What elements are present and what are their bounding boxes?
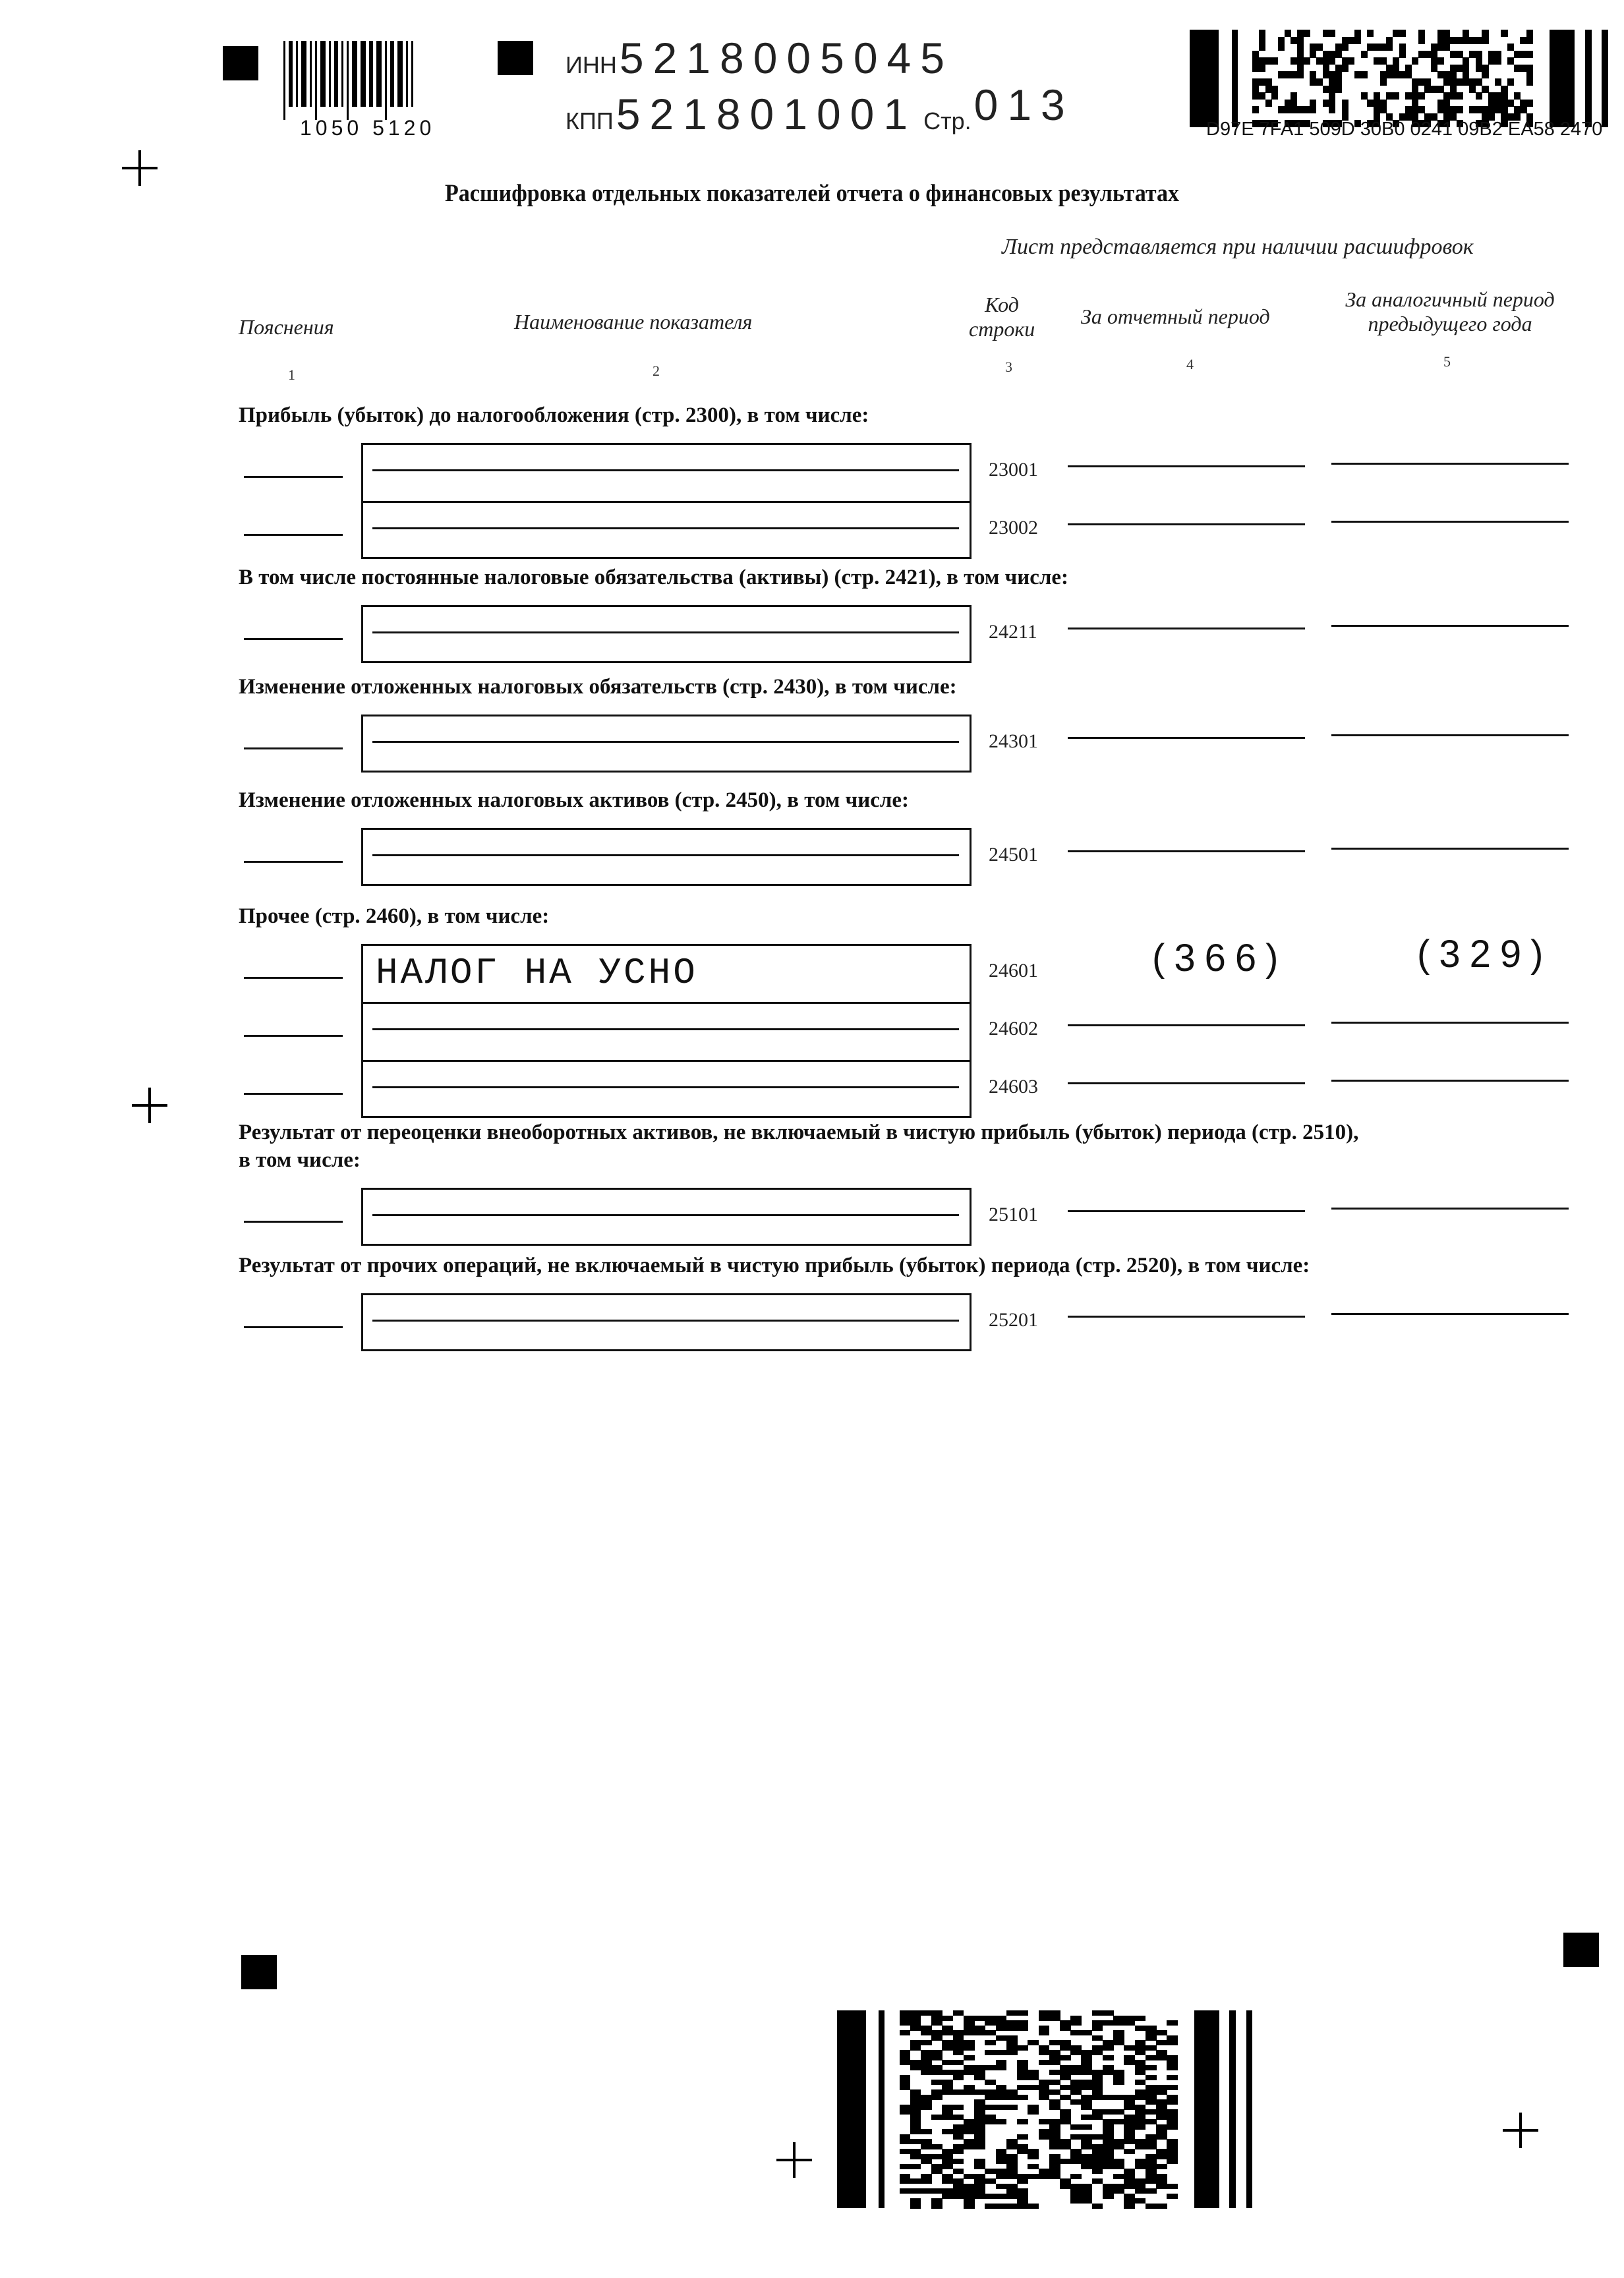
row-code: 23001 — [989, 459, 1038, 481]
row-code: 24601 — [989, 960, 1038, 982]
indicator-name-box — [361, 1293, 971, 1351]
kpp-label: КПП — [565, 107, 614, 134]
inn-value: 5218005045 — [620, 34, 954, 82]
indicator-name-box — [361, 828, 971, 886]
notes-field[interactable] — [244, 1221, 343, 1223]
column-header-code-line2: строки — [969, 317, 1035, 341]
current-period-field[interactable] — [1068, 850, 1305, 852]
pdf417-barcode-bottom — [837, 2010, 1252, 2208]
previous-period-field[interactable] — [1331, 1080, 1569, 1082]
row-separator — [361, 501, 971, 503]
indicator-name-field[interactable] — [372, 1086, 959, 1088]
notes-field[interactable] — [244, 1093, 343, 1095]
section-label: Прибыль (убыток) до налогообложения (стр… — [239, 403, 869, 428]
notes-field[interactable] — [244, 1326, 343, 1328]
column-header-previous-period: За аналогичный период предыдущего года — [1318, 287, 1582, 336]
current-period-field[interactable] — [1068, 737, 1305, 739]
current-period-field[interactable] — [1068, 1210, 1305, 1212]
row-code: 24603 — [989, 1076, 1038, 1098]
datamatrix-code: D97E 7FA1 509D 30B0 0241 09B2 EA58 2470 — [1206, 119, 1602, 140]
notes-field[interactable] — [244, 747, 343, 749]
kpp-value: 521801001 — [616, 90, 917, 138]
registration-mark-top-left — [223, 46, 258, 80]
row-code: 25101 — [989, 1204, 1038, 1226]
column-number-1: 1 — [288, 366, 295, 384]
row-code: 25201 — [989, 1309, 1038, 1331]
notes-field[interactable] — [244, 977, 343, 979]
indicator-name-field[interactable] — [372, 527, 959, 529]
page-label: Стр. — [923, 107, 971, 134]
current-period-field[interactable] — [1068, 523, 1305, 525]
barcode-number: 1050 5120 — [300, 116, 435, 140]
inn-field: ИНН 5218005045 — [565, 33, 954, 83]
row-separator — [361, 1060, 971, 1062]
notes-field[interactable] — [244, 861, 343, 863]
indicator-name-field[interactable] — [372, 854, 959, 856]
datamatrix-barcode-top — [1190, 30, 1608, 127]
column-header-current-period: За отчетный период — [1081, 305, 1270, 329]
row-code: 23002 — [989, 517, 1038, 539]
page-number: 013 — [974, 80, 1074, 129]
page-title: Расшифровка отдельных показателей отчета… — [65, 179, 1559, 208]
indicator-name-value[interactable]: НАЛОГ НА УСНО — [376, 952, 698, 994]
section-label: Изменение отложенных налоговых активов (… — [239, 788, 909, 813]
previous-period-field[interactable] — [1331, 1313, 1569, 1315]
indicator-name-field[interactable] — [372, 469, 959, 471]
section-label: Результат от прочих операций, не включае… — [239, 1254, 1310, 1278]
page-barcode — [283, 41, 417, 120]
notes-field[interactable] — [244, 638, 343, 640]
column-header-code-line1: Код — [969, 293, 1035, 317]
current-period-field[interactable] — [1068, 465, 1305, 467]
registration-mark-bottom-left — [241, 1955, 277, 1989]
sheet-note: Лист представляется при наличии расшифро… — [1002, 235, 1474, 260]
crosshair-mark — [1503, 2113, 1538, 2148]
previous-period-field[interactable] — [1331, 521, 1569, 523]
row-code: 24301 — [989, 730, 1038, 753]
column-number-5: 5 — [1443, 353, 1451, 370]
column-header-previous-line1: За аналогичный период — [1318, 287, 1582, 312]
row-separator — [361, 1002, 971, 1004]
registration-mark-bottom-right — [1563, 1933, 1599, 1967]
row-code: 24211 — [989, 621, 1037, 643]
notes-field[interactable] — [244, 476, 343, 478]
column-number-4: 4 — [1186, 356, 1194, 373]
previous-period-field[interactable] — [1331, 848, 1569, 850]
current-period-field[interactable] — [1068, 628, 1305, 629]
indicator-name-box — [361, 715, 971, 773]
current-period-field[interactable] — [1068, 1024, 1305, 1026]
column-header-previous-line2: предыдущего года — [1318, 312, 1582, 336]
row-code: 24602 — [989, 1018, 1038, 1040]
previous-period-field[interactable] — [1331, 1208, 1569, 1210]
current-period-field[interactable] — [1068, 1316, 1305, 1318]
row-code: 24501 — [989, 844, 1038, 866]
column-header-notes: Пояснения — [239, 315, 334, 339]
previous-period-value[interactable]: (329) — [1417, 932, 1552, 976]
previous-period-field[interactable] — [1331, 734, 1569, 736]
indicator-name-field[interactable] — [372, 1028, 959, 1030]
column-number-3: 3 — [1005, 359, 1012, 376]
kpp-field: КПП 521801001 Стр. 013 — [565, 89, 1074, 139]
registration-mark-top-center — [498, 41, 533, 75]
previous-period-field[interactable] — [1331, 463, 1569, 465]
crosshair-mark — [132, 1088, 167, 1123]
previous-period-field[interactable] — [1331, 625, 1569, 627]
section-label-line2: в том числе: — [239, 1148, 361, 1173]
indicator-name-box — [361, 1188, 971, 1246]
notes-field[interactable] — [244, 1035, 343, 1037]
current-period-value[interactable]: (366) — [1152, 936, 1287, 980]
indicator-name-box — [361, 605, 971, 663]
previous-period-field[interactable] — [1331, 1022, 1569, 1024]
current-period-field[interactable] — [1068, 1082, 1305, 1084]
column-header-indicator-name: Наименование показателя — [514, 310, 752, 334]
indicator-name-field[interactable] — [372, 1214, 959, 1216]
notes-field[interactable] — [244, 534, 343, 536]
section-label: Изменение отложенных налоговых обязатель… — [239, 675, 957, 699]
inn-label: ИНН — [565, 51, 617, 78]
section-label: В том числе постоянные налоговые обязате… — [239, 566, 1068, 590]
crosshair-mark — [776, 2142, 812, 2178]
column-number-2: 2 — [652, 363, 660, 380]
indicator-name-field[interactable] — [372, 631, 959, 633]
section-label: Результат от переоценки внеоборотных акт… — [239, 1121, 1358, 1145]
section-label: Прочее (стр. 2460), в том числе: — [239, 904, 549, 929]
column-header-code: Код строки — [969, 293, 1035, 341]
indicator-name-field[interactable] — [372, 1320, 959, 1322]
indicator-name-field[interactable] — [372, 741, 959, 743]
